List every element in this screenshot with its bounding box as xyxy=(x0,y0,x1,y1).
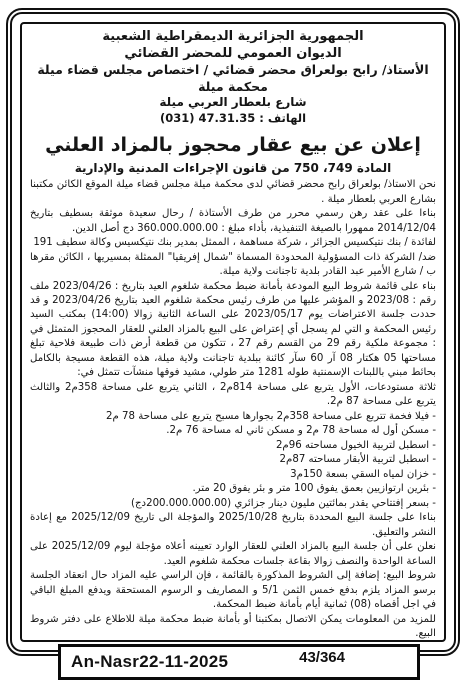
header-phone-line: الهاتف : 47.31.35 (031) xyxy=(30,111,436,126)
header-address-line: شارع بلعطار العربي ميلة xyxy=(30,95,436,111)
notice-body: نحن الاستاذ/ بولعراق رابح محضر قضائي لدى… xyxy=(30,178,436,642)
header-office-line: الديوان العمومي للمحضر القضائي xyxy=(30,45,436,62)
paragraph-warehouses: ثلاثة مستودعات، الأول يتربع على مساحة 81… xyxy=(30,381,436,410)
feature-opening-price: - بسعر إفتتاحي يقدر بمائتين مليون دينار … xyxy=(30,497,436,511)
feature-horse-stable: - اسطبل لتربية الخيول مساحته 96م2 xyxy=(30,439,436,453)
feature-houses: - مسكن أول له مساحة 78 م2 و مسكن ثاني له… xyxy=(30,424,436,438)
paragraph-auction-date: نعلن على أن جلسة البيع بالمزاد العلني لل… xyxy=(30,540,436,569)
scanned-legal-notice-page: الجمهورية الجزائرية الديمقراطية الشعبية … xyxy=(0,0,466,686)
paragraph-payment-terms: شروط البيع: إضافة إلى الشروط المذكورة با… xyxy=(30,569,436,612)
header-bailiff-line: الأستاذ/ رابح بولعراق محضر قضائي / اختصا… xyxy=(30,62,436,79)
publication-page-ref: 43/364 xyxy=(299,647,345,666)
feature-villa: - فيلا فخمة تتربع على مساحة 358م2 بجواره… xyxy=(30,410,436,424)
document-frame-outer: الجمهورية الجزائرية الديمقراطية الشعبية … xyxy=(6,8,460,656)
paragraph-mortgage-deed: بناءا على عقد رهن رسمي محرر من طرف الأست… xyxy=(30,207,436,236)
notice-title: إعلان عن بيع عقار محجوز بالمزاد العلني xyxy=(30,134,436,157)
header-court-line: محكمة ميلة xyxy=(30,79,436,96)
feature-wells: - بئرين ارتوازيين بعمق يفوق 100 متر و بئ… xyxy=(30,482,436,496)
notice-content: الجمهورية الجزائرية الديمقراطية الشعبية … xyxy=(22,24,444,642)
publication-source-date: An-Nasr22-11-2025 xyxy=(61,652,228,672)
publication-stamp-box: An-Nasr22-11-2025 43/364 xyxy=(58,644,420,680)
paragraph-debtor: ضد/ الشركة ذات المسؤولية المحدودة المسما… xyxy=(30,251,436,280)
feature-water-tank: - خزان لمياه السقي بسعة 150م3 xyxy=(30,468,436,482)
paragraph-more-information: للمزيد من المعلومات يمكن الاتصال بمكتبنا… xyxy=(30,613,436,642)
document-frame-middle: الجمهورية الجزائرية الديمقراطية الشعبية … xyxy=(10,12,456,652)
document-frame-inner: الجمهورية الجزائرية الديمقراطية الشعبية … xyxy=(20,22,446,642)
header-republic-line: الجمهورية الجزائرية الديمقراطية الشعبية xyxy=(30,28,436,45)
feature-cow-stable: - اسطبل لتربية الأبقار مساحته 87م2 xyxy=(30,453,436,467)
paragraph-sale-conditions: بناء على قائمة شروط البيع المودعة بأمانة… xyxy=(30,280,436,381)
notice-article-reference: المادة 749، 750 من قانون الإجراءات المدن… xyxy=(30,161,436,175)
paragraph-introduction: نحن الاستاذ/ بولعراق رابح محضر قضائي لدى… xyxy=(30,178,436,207)
paragraph-creditor: لفائدة / بنك نتيكسيس الجزائر ، شركة مساه… xyxy=(30,236,436,250)
paragraph-session-postponement: بناءا على جلسة البيع المحددة بتاريخ 2025… xyxy=(30,511,436,540)
